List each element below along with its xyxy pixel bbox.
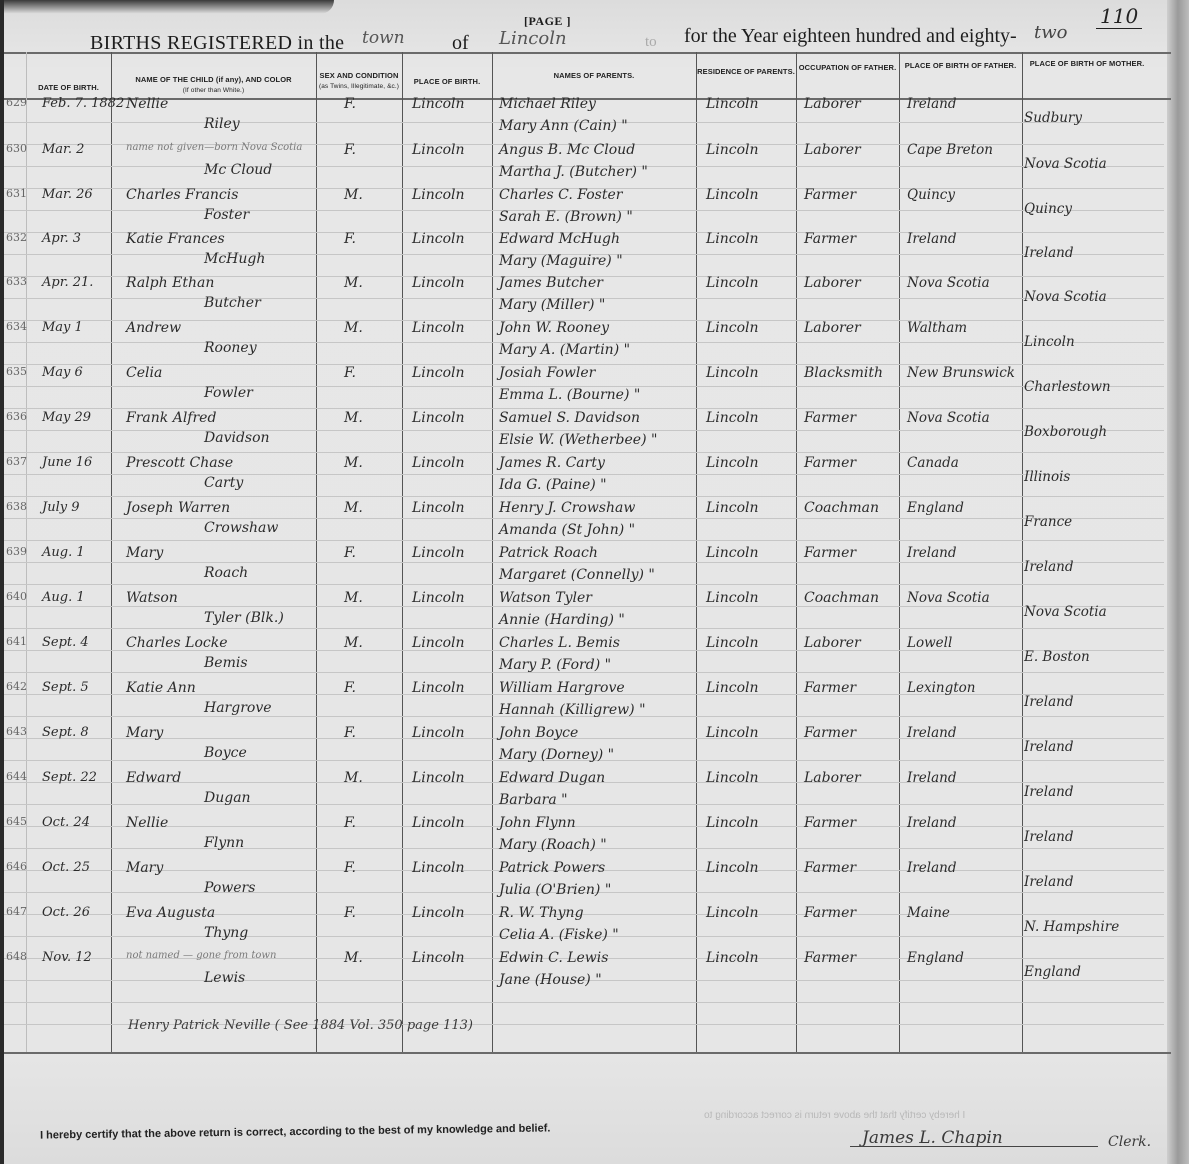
father-name: Edward Dugan bbox=[499, 770, 605, 786]
birth-date: Mar. 26 bbox=[42, 187, 93, 202]
sex: M. bbox=[344, 770, 363, 786]
father-birthplace: Waltham bbox=[907, 320, 967, 336]
child-given-name: name not given—born Nova Scotia bbox=[126, 142, 302, 153]
child-given-name: Nellie bbox=[126, 96, 168, 112]
cross-reference-note: Henry Patrick Neville ( See 1884 Vol. 35… bbox=[128, 1018, 473, 1033]
birth-date: Aug. 1 bbox=[42, 590, 85, 605]
child-surname: Butcher bbox=[204, 295, 261, 311]
child-given-name: Eva Augusta bbox=[126, 905, 215, 921]
mother-name: Mary P. (Ford) " bbox=[499, 657, 611, 673]
place-of-birth: Lincoln bbox=[412, 231, 465, 247]
father-birthplace: Ireland bbox=[907, 725, 956, 741]
mother-birthplace: Ireland bbox=[1024, 559, 1073, 575]
sex: F. bbox=[344, 815, 356, 831]
record-row: 639 Aug. 1 Mary Roach F. Lincoln Patrick… bbox=[4, 545, 1171, 590]
father-name: Charles L. Bemis bbox=[499, 635, 620, 651]
father-name: James R. Carty bbox=[499, 455, 605, 471]
record-number: 631 bbox=[6, 187, 27, 200]
place-of-birth: Lincoln bbox=[412, 635, 465, 651]
year-suffix: two bbox=[1034, 22, 1067, 43]
place-name: Lincoln bbox=[499, 28, 567, 49]
birth-date: Nov. 12 bbox=[42, 950, 92, 965]
place-of-birth: Lincoln bbox=[412, 770, 465, 786]
birth-date: Mar. 2 bbox=[42, 142, 84, 157]
child-surname: Mc Cloud bbox=[204, 162, 272, 178]
place-of-birth: Lincoln bbox=[412, 680, 465, 696]
father-occupation: Laborer bbox=[804, 142, 861, 158]
child-given-name: not named — gone from town bbox=[126, 950, 276, 961]
place-of-birth: Lincoln bbox=[412, 815, 465, 831]
child-given-name: Joseph Warren bbox=[126, 500, 230, 516]
place-of-birth: Lincoln bbox=[412, 725, 465, 741]
mother-birthplace: Ireland bbox=[1024, 829, 1073, 845]
mother-name: Mary (Roach) " bbox=[499, 837, 607, 853]
birth-date: May 1 bbox=[42, 320, 83, 335]
father-name: John Boyce bbox=[499, 725, 578, 741]
mother-birthplace: Ireland bbox=[1024, 874, 1073, 890]
record-row: 641 Sept. 4 Charles Locke Bemis M. Linco… bbox=[4, 635, 1171, 680]
ruled-line bbox=[4, 1002, 1164, 1003]
column-header-father-birthplace: PLACE OF BIRTH OF FATHER. bbox=[899, 60, 1022, 71]
mother-birthplace: Ireland bbox=[1024, 694, 1073, 710]
column-header-residence: RESIDENCE OF PARENTS. bbox=[696, 66, 796, 77]
father-occupation: Farmer bbox=[804, 410, 856, 426]
bleed-through-text: I hereby certify that the above return i… bbox=[704, 1110, 965, 1121]
birth-date: Sept. 22 bbox=[42, 770, 97, 785]
residence: Lincoln bbox=[706, 680, 759, 696]
record-number: 635 bbox=[6, 365, 27, 378]
sex: M. bbox=[344, 500, 363, 516]
sex: M. bbox=[344, 590, 363, 606]
table-top-border bbox=[4, 52, 1171, 54]
father-birthplace: Maine bbox=[907, 905, 950, 921]
mother-name: Barbara " bbox=[499, 792, 568, 808]
residence: Lincoln bbox=[706, 590, 759, 606]
place-of-birth: Lincoln bbox=[412, 590, 465, 606]
record-row: 646 Oct. 25 Mary Powers F. Lincoln Patri… bbox=[4, 860, 1171, 905]
mother-birthplace: E. Boston bbox=[1024, 649, 1090, 665]
child-surname: Flynn bbox=[204, 835, 244, 851]
record-number: 647 bbox=[6, 905, 27, 918]
sex: F. bbox=[344, 96, 356, 112]
place-of-birth: Lincoln bbox=[412, 950, 465, 966]
record-row: 638 July 9 Joseph Warren Crowshaw M. Lin… bbox=[4, 500, 1171, 545]
father-name: Edward McHugh bbox=[499, 231, 620, 247]
mother-name: Annie (Harding) " bbox=[499, 612, 625, 628]
place-of-birth: Lincoln bbox=[412, 96, 465, 112]
father-birthplace: Ireland bbox=[907, 815, 956, 831]
mother-birthplace: N. Hampshire bbox=[1024, 919, 1119, 935]
sex: F. bbox=[344, 905, 356, 921]
mother-birthplace: England bbox=[1024, 964, 1081, 980]
father-occupation: Farmer bbox=[804, 860, 856, 876]
mother-name: Celia A. (Fiske) " bbox=[499, 927, 619, 943]
child-surname: Dugan bbox=[204, 790, 251, 806]
child-surname: McHugh bbox=[204, 251, 265, 267]
sex: F. bbox=[344, 860, 356, 876]
page-mark: [PAGE ] bbox=[524, 14, 571, 29]
place-of-birth: Lincoln bbox=[412, 545, 465, 561]
record-row: 645 Oct. 24 Nellie Flynn F. Lincoln John… bbox=[4, 815, 1171, 860]
year-phrase: for the Year eighteen hundred and eighty… bbox=[684, 25, 1017, 48]
sex: M. bbox=[344, 950, 363, 966]
column-header-place-of-birth: PLACE OF BIRTH. bbox=[402, 76, 492, 87]
father-occupation: Laborer bbox=[804, 275, 861, 291]
table-bottom-border bbox=[4, 1052, 1171, 1054]
clerk-signature: James L. Chapin bbox=[862, 1128, 1003, 1148]
record-row: 644 Sept. 22 Edward Dugan M. Lincoln Edw… bbox=[4, 770, 1171, 815]
record-number: 646 bbox=[6, 860, 27, 873]
residence: Lincoln bbox=[706, 455, 759, 471]
father-birthplace: Ireland bbox=[907, 231, 956, 247]
father-name: Charles C. Foster bbox=[499, 187, 622, 203]
father-birthplace: Ireland bbox=[907, 96, 956, 112]
mother-birthplace: Quincy bbox=[1024, 201, 1072, 217]
child-surname: Riley bbox=[204, 116, 240, 132]
child-surname: Roach bbox=[204, 565, 248, 581]
father-name: John Flynn bbox=[499, 815, 576, 831]
record-number: 633 bbox=[6, 275, 27, 288]
mother-birthplace: Ireland bbox=[1024, 245, 1073, 261]
mother-name: Mary (Dorney) " bbox=[499, 747, 614, 763]
place-of-birth: Lincoln bbox=[412, 275, 465, 291]
mother-birthplace: Nova Scotia bbox=[1024, 604, 1107, 620]
child-given-name: Watson bbox=[126, 590, 178, 606]
residence: Lincoln bbox=[706, 142, 759, 158]
record-row: 632 Apr. 3 Katie Frances McHugh F. Linco… bbox=[4, 231, 1171, 276]
record-row: 634 May 1 Andrew Rooney M. Lincoln John … bbox=[4, 320, 1171, 365]
record-number: 648 bbox=[6, 950, 27, 963]
birth-date: Apr. 21. bbox=[42, 275, 93, 290]
residence: Lincoln bbox=[706, 545, 759, 561]
record-row: 643 Sept. 8 Mary Boyce F. Lincoln John B… bbox=[4, 725, 1171, 770]
municipality-type: town bbox=[362, 28, 405, 48]
father-name: Henry J. Crowshaw bbox=[499, 500, 635, 516]
mother-name: Margaret (Connelly) " bbox=[499, 567, 655, 583]
father-occupation: Coachman bbox=[804, 500, 879, 516]
mother-birthplace: Lincoln bbox=[1024, 334, 1075, 350]
child-surname: Thyng bbox=[204, 925, 248, 941]
father-occupation: Laborer bbox=[804, 96, 861, 112]
birth-date: Oct. 26 bbox=[42, 905, 90, 920]
mother-birthplace: France bbox=[1024, 514, 1072, 530]
place-of-birth: Lincoln bbox=[412, 410, 465, 426]
father-name: R. W. Thyng bbox=[499, 905, 584, 921]
record-row: 633 Apr. 21. Ralph Ethan Butcher M. Linc… bbox=[4, 275, 1171, 320]
father-birthplace: Ireland bbox=[907, 770, 956, 786]
residence: Lincoln bbox=[706, 410, 759, 426]
record-row: 629 Feb. 7. 1882 Nellie Riley F. Lincoln… bbox=[4, 96, 1171, 141]
father-occupation: Farmer bbox=[804, 545, 856, 561]
mother-name: Martha J. (Butcher) " bbox=[499, 164, 648, 180]
father-name: Patrick Roach bbox=[499, 545, 598, 561]
father-birthplace: England bbox=[907, 500, 964, 516]
child-given-name: Frank Alfred bbox=[126, 410, 216, 426]
child-surname: Carty bbox=[204, 475, 243, 491]
column-header-mother-birthplace: PLACE OF BIRTH OF MOTHER. bbox=[1022, 58, 1152, 69]
mother-name: Hannah (Killigrew) " bbox=[499, 702, 646, 718]
record-number: 630 bbox=[6, 142, 27, 155]
mother-name: Amanda (St John) " bbox=[499, 522, 635, 538]
father-birthplace: Ireland bbox=[907, 860, 956, 876]
residence: Lincoln bbox=[706, 187, 759, 203]
record-row: 647 Oct. 26 Eva Augusta Thyng F. Lincoln… bbox=[4, 905, 1171, 950]
residence: Lincoln bbox=[706, 320, 759, 336]
birth-date: June 16 bbox=[42, 455, 92, 470]
father-birthplace: Quincy bbox=[907, 187, 955, 203]
residence: Lincoln bbox=[706, 275, 759, 291]
residence: Lincoln bbox=[706, 96, 759, 112]
residence: Lincoln bbox=[706, 365, 759, 381]
child-given-name: Ralph Ethan bbox=[126, 275, 214, 291]
mother-name: Elsie W. (Wetherbee) " bbox=[499, 432, 657, 448]
record-row: 648 Nov. 12 not named — gone from town L… bbox=[4, 950, 1171, 995]
child-given-name: Katie Frances bbox=[126, 231, 225, 247]
mother-name: Ida G. (Paine) " bbox=[499, 477, 607, 493]
child-surname: Hargrove bbox=[204, 700, 272, 716]
mother-name: Emma L. (Bourne) " bbox=[499, 387, 640, 403]
record-row: 631 Mar. 26 Charles Francis Foster M. Li… bbox=[4, 187, 1171, 232]
clerk-title: Clerk. bbox=[1108, 1134, 1151, 1150]
birth-date: Sept. 4 bbox=[42, 635, 89, 650]
child-surname: Lewis bbox=[204, 970, 245, 986]
child-given-name: Charles Francis bbox=[126, 187, 238, 203]
birth-date: July 9 bbox=[42, 500, 80, 515]
record-number: 644 bbox=[6, 770, 27, 783]
column-header-parents: NAMES OF PARENTS. bbox=[492, 70, 696, 81]
sex: F. bbox=[344, 142, 356, 158]
father-birthplace: New Brunswick bbox=[907, 365, 1015, 381]
father-occupation: Coachman bbox=[804, 590, 879, 606]
certification-statement: I hereby certify that the above return i… bbox=[40, 1122, 551, 1141]
father-name: Michael Riley bbox=[499, 96, 596, 112]
residence: Lincoln bbox=[706, 231, 759, 247]
child-surname: Rooney bbox=[204, 340, 257, 356]
record-number: 641 bbox=[6, 635, 27, 648]
child-given-name: Katie Ann bbox=[126, 680, 196, 696]
place-of-birth: Lincoln bbox=[412, 365, 465, 381]
child-given-name: Charles Locke bbox=[126, 635, 228, 651]
sex: M. bbox=[344, 410, 363, 426]
mother-name: Mary (Maguire) " bbox=[499, 253, 623, 269]
signature-line bbox=[850, 1146, 1098, 1147]
child-surname: Davidson bbox=[204, 430, 270, 446]
mother-birthplace: Illinois bbox=[1024, 469, 1070, 485]
place-of-birth: Lincoln bbox=[412, 500, 465, 516]
child-surname: Fowler bbox=[204, 385, 253, 401]
birth-date: Sept. 8 bbox=[42, 725, 89, 740]
birth-date: Oct. 24 bbox=[42, 815, 90, 830]
child-surname: Bemis bbox=[204, 655, 248, 671]
birth-date: May 29 bbox=[42, 410, 91, 425]
folio-number: 110 bbox=[1096, 4, 1142, 29]
mother-birthplace: Ireland bbox=[1024, 784, 1073, 800]
residence: Lincoln bbox=[706, 905, 759, 921]
child-given-name: Prescott Chase bbox=[126, 455, 233, 471]
sex: M. bbox=[344, 320, 363, 336]
father-occupation: Laborer bbox=[804, 320, 861, 336]
birth-date: Aug. 1 bbox=[42, 545, 85, 560]
record-row: 642 Sept. 5 Katie Ann Hargrove F. Lincol… bbox=[4, 680, 1171, 725]
father-birthplace: Ireland bbox=[907, 545, 956, 561]
child-surname: Foster bbox=[204, 207, 249, 223]
father-occupation: Farmer bbox=[804, 950, 856, 966]
father-birthplace: Nova Scotia bbox=[907, 275, 990, 291]
record-number: 643 bbox=[6, 725, 27, 738]
residence: Lincoln bbox=[706, 950, 759, 966]
sex: F. bbox=[344, 725, 356, 741]
father-occupation: Farmer bbox=[804, 455, 856, 471]
record-row: 630 Mar. 2 name not given—born Nova Scot… bbox=[4, 142, 1171, 187]
record-number: 636 bbox=[6, 410, 27, 423]
residence: Lincoln bbox=[706, 815, 759, 831]
father-birthplace: Nova Scotia bbox=[907, 590, 990, 606]
child-given-name: Celia bbox=[126, 365, 162, 381]
birth-date: Feb. 7. 1882 bbox=[42, 96, 124, 111]
mother-birthplace: Nova Scotia bbox=[1024, 289, 1107, 305]
place-of-birth: Lincoln bbox=[412, 320, 465, 336]
child-given-name: Nellie bbox=[126, 815, 168, 831]
mother-birthplace: Nova Scotia bbox=[1024, 156, 1107, 172]
mother-birthplace: Boxborough bbox=[1024, 424, 1107, 440]
record-row: 637 June 16 Prescott Chase Carty M. Linc… bbox=[4, 455, 1171, 500]
residence: Lincoln bbox=[706, 860, 759, 876]
birth-date: Oct. 25 bbox=[42, 860, 90, 875]
sex: M. bbox=[344, 455, 363, 471]
record-row: 640 Aug. 1 Watson Tyler (Blk.) M. Lincol… bbox=[4, 590, 1171, 635]
father-name: Josiah Fowler bbox=[499, 365, 595, 381]
mother-name: Sarah E. (Brown) " bbox=[499, 209, 633, 225]
record-number: 639 bbox=[6, 545, 27, 558]
bleed-through-text: to bbox=[645, 34, 657, 51]
father-occupation: Blacksmith bbox=[804, 365, 883, 381]
child-given-name: Mary bbox=[126, 860, 163, 876]
birth-date: Apr. 3 bbox=[42, 231, 81, 246]
father-occupation: Laborer bbox=[804, 635, 861, 651]
record-number: 642 bbox=[6, 680, 27, 693]
record-number: 645 bbox=[6, 815, 27, 828]
mother-birthplace: Sudbury bbox=[1024, 110, 1082, 126]
father-name: James Butcher bbox=[499, 275, 603, 291]
father-occupation: Farmer bbox=[804, 187, 856, 203]
child-surname: Tyler (Blk.) bbox=[204, 610, 284, 626]
record-row: 636 May 29 Frank Alfred Davidson M. Linc… bbox=[4, 410, 1171, 455]
child-surname: Crowshaw bbox=[204, 520, 278, 536]
father-birthplace: Canada bbox=[907, 455, 959, 471]
child-given-name: Edward bbox=[126, 770, 181, 786]
father-birthplace: Lowell bbox=[907, 635, 952, 651]
residence: Lincoln bbox=[706, 635, 759, 651]
mother-name: Jane (House) " bbox=[499, 972, 602, 988]
sex: F. bbox=[344, 545, 356, 561]
sex: F. bbox=[344, 680, 356, 696]
child-given-name: Mary bbox=[126, 725, 163, 741]
record-number: 637 bbox=[6, 455, 27, 468]
sex: M. bbox=[344, 635, 363, 651]
place-of-birth: Lincoln bbox=[412, 455, 465, 471]
residence: Lincoln bbox=[706, 500, 759, 516]
record-number: 629 bbox=[6, 96, 27, 109]
record-number: 638 bbox=[6, 500, 27, 513]
residence: Lincoln bbox=[706, 770, 759, 786]
father-name: William Hargrove bbox=[499, 680, 625, 696]
father-occupation: Farmer bbox=[804, 815, 856, 831]
record-number: 634 bbox=[6, 320, 27, 333]
father-occupation: Farmer bbox=[804, 680, 856, 696]
column-header-sex: SEX AND CONDITION(as Twins, Illegitimate… bbox=[316, 70, 402, 92]
column-header-occupation: OCCUPATION OF FATHER. bbox=[796, 62, 899, 73]
place-of-birth: Lincoln bbox=[412, 187, 465, 203]
father-birthplace: Nova Scotia bbox=[907, 410, 990, 426]
mother-birthplace: Charlestown bbox=[1024, 379, 1111, 395]
father-occupation: Farmer bbox=[804, 725, 856, 741]
column-header-child-name: NAME OF THE CHILD (if any), AND COLOR(If… bbox=[111, 74, 316, 96]
record-number: 632 bbox=[6, 231, 27, 244]
father-name: Edwin C. Lewis bbox=[499, 950, 608, 966]
sex: M. bbox=[344, 187, 363, 203]
child-surname: Powers bbox=[204, 880, 255, 896]
child-surname: Boyce bbox=[204, 745, 247, 761]
father-name: Angus B. Mc Cloud bbox=[499, 142, 635, 158]
page-header: [PAGE ] BIRTHS REGISTERED in the town of… bbox=[4, 0, 1189, 60]
father-occupation: Farmer bbox=[804, 905, 856, 921]
register-page: [PAGE ] BIRTHS REGISTERED in the town of… bbox=[4, 0, 1189, 1164]
mother-name: Mary Ann (Cain) " bbox=[499, 118, 628, 134]
sex: M. bbox=[344, 275, 363, 291]
father-name: John W. Rooney bbox=[499, 320, 609, 336]
record-row: 635 May 6 Celia Fowler F. Lincoln Josiah… bbox=[4, 365, 1171, 410]
mother-name: Mary A. (Martin) " bbox=[499, 342, 630, 358]
record-number: 640 bbox=[6, 590, 27, 603]
place-of-birth: Lincoln bbox=[412, 142, 465, 158]
residence: Lincoln bbox=[706, 725, 759, 741]
father-name: Patrick Powers bbox=[499, 860, 605, 876]
child-given-name: Andrew bbox=[126, 320, 181, 336]
column-header-date: DATE OF BIRTH. bbox=[26, 82, 111, 93]
sex: F. bbox=[344, 365, 356, 381]
father-name: Watson Tyler bbox=[499, 590, 592, 606]
mother-birthplace: Ireland bbox=[1024, 739, 1073, 755]
sex: F. bbox=[344, 231, 356, 247]
child-given-name: Mary bbox=[126, 545, 163, 561]
place-of-birth: Lincoln bbox=[412, 860, 465, 876]
birth-date: Sept. 5 bbox=[42, 680, 89, 695]
father-birthplace: Lexington bbox=[907, 680, 975, 696]
birth-date: May 6 bbox=[42, 365, 83, 380]
father-occupation: Laborer bbox=[804, 770, 861, 786]
father-birthplace: England bbox=[907, 950, 964, 966]
father-name: Samuel S. Davidson bbox=[499, 410, 640, 426]
father-occupation: Farmer bbox=[804, 231, 856, 247]
place-of-birth: Lincoln bbox=[412, 905, 465, 921]
father-birthplace: Cape Breton bbox=[907, 142, 993, 158]
mother-name: Mary (Miller) " bbox=[499, 297, 605, 313]
mother-name: Julia (O'Brien) " bbox=[499, 882, 611, 898]
